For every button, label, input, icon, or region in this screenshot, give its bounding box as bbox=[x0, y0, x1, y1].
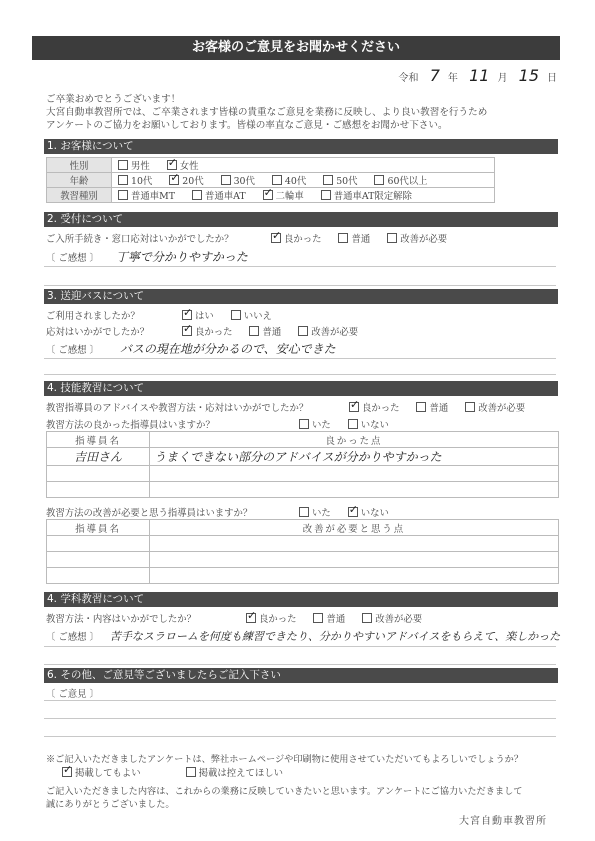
section-heading-reception: 2. 受付について bbox=[44, 212, 558, 227]
comment-input[interactable]: バスの現在地が分かるので、安心できた bbox=[120, 342, 336, 356]
classroom-comment-row: 〔 ご感想 〕 苦手なスラロームを何度も練習できたり、分かりやすいアドバイスをも… bbox=[46, 628, 560, 644]
checkbox-was[interactable]: いた bbox=[299, 417, 331, 431]
question-text: 応対はいかがでしたか？ bbox=[46, 324, 179, 338]
checkbox-good[interactable]: 良かった bbox=[182, 324, 233, 338]
writing-line bbox=[44, 718, 556, 719]
question-text: ご利用されましたか？ bbox=[46, 308, 179, 322]
checkbox-good[interactable]: 良かった bbox=[349, 400, 400, 414]
day-label: 日 bbox=[547, 73, 557, 84]
intro-text: ご卒業おめでとうございます！ 大宮自動車教習所では、ご卒業されます皆様の貴重なご… bbox=[46, 93, 487, 132]
checkbox-good[interactable]: 良かった bbox=[246, 611, 297, 625]
customer-info-table: 性別 男性 女性 年齢 10代 20代 30代 40代 50代 60代以上 教習… bbox=[46, 157, 495, 203]
comment-input[interactable]: 苦手なスラロームを何度も練習できたり、分かりやすいアドバイスをもらえて、楽しかっ… bbox=[110, 630, 560, 643]
good-points-cell[interactable] bbox=[150, 466, 559, 482]
checkbox-age-40s[interactable]: 40代 bbox=[272, 173, 306, 187]
checkbox-male[interactable]: 男性 bbox=[118, 158, 150, 172]
checkbox-needs-improvement[interactable]: 改善が必要 bbox=[298, 324, 358, 338]
writing-line bbox=[44, 736, 556, 737]
col-header-improve-points: 改善が必要と思う点 bbox=[150, 520, 559, 536]
organization-name: 大宮自動車教習所 bbox=[459, 812, 547, 827]
col-header-good-points: 良かった点 bbox=[150, 432, 559, 448]
checkbox-normal[interactable]: 普通 bbox=[416, 400, 448, 414]
year-label: 年 bbox=[448, 73, 458, 84]
checkbox-needs-improvement[interactable]: 改善が必要 bbox=[387, 231, 447, 245]
checkbox-was-not[interactable]: いない bbox=[348, 505, 389, 519]
writing-line bbox=[44, 285, 556, 286]
section-heading-other: 6. その他、ご意見等ございましたらご記入下さい bbox=[44, 668, 558, 683]
writing-line bbox=[44, 374, 556, 375]
month-value[interactable]: 11 bbox=[469, 66, 489, 85]
checkbox-at[interactable]: 普通車AT bbox=[192, 188, 246, 202]
writing-line bbox=[44, 358, 556, 359]
checkbox-was-not[interactable]: いない bbox=[348, 417, 389, 431]
instructor-name-cell[interactable] bbox=[47, 552, 150, 568]
section-heading-bus: 3. 送迎バスについて bbox=[44, 289, 558, 304]
good-points-cell[interactable]: うまくできない部分のアドバイスが分かりやすかった bbox=[150, 448, 559, 466]
practical-q1-row: 教習指導員のアドバイスや教習方法・応対はいかがでしたか？ 良かった 普通 改善が… bbox=[46, 400, 539, 414]
date-field: 令和 7年 11月 15日 bbox=[399, 66, 557, 85]
improve-points-cell[interactable] bbox=[150, 536, 559, 552]
label-gender: 性別 bbox=[47, 158, 112, 173]
checkbox-age-10s[interactable]: 10代 bbox=[118, 173, 152, 187]
checkbox-normal[interactable]: 普通 bbox=[313, 611, 345, 625]
checkbox-needs-improvement[interactable]: 改善が必要 bbox=[362, 611, 422, 625]
comment-label: 〔 ご感想 〕 bbox=[46, 253, 99, 264]
writing-line bbox=[44, 266, 556, 267]
closing-line: ご記入いただきました内容は、これからの業務に反映していきたいと思います。アンケー… bbox=[46, 785, 522, 798]
checkbox-normal[interactable]: 普通 bbox=[249, 324, 281, 338]
closing-line: 誠にありがとうございました。 bbox=[46, 798, 522, 811]
writing-line bbox=[44, 664, 556, 665]
intro-line: ご卒業おめでとうございます！ bbox=[46, 93, 487, 106]
instructor-name-cell[interactable] bbox=[47, 466, 150, 482]
checkbox-publish-ok[interactable]: 掲載してもよい bbox=[62, 765, 141, 779]
consent-question: ※ご記入いただきましたアンケートは、弊社ホームページや印刷物に使用させていただい… bbox=[46, 751, 523, 765]
checkbox-age-30s[interactable]: 30代 bbox=[221, 173, 255, 187]
checkbox-needs-improvement[interactable]: 改善が必要 bbox=[465, 400, 525, 414]
checkbox-age-20s[interactable]: 20代 bbox=[169, 173, 203, 187]
month-label: 月 bbox=[497, 73, 507, 84]
good-instructor-table: 指導員名 良かった点 吉田さん うまくできない部分のアドバイスが分かりやすかった bbox=[46, 431, 559, 498]
improve-points-cell[interactable] bbox=[150, 552, 559, 568]
form-title: お客様のご意見をお聞かせください bbox=[32, 36, 560, 60]
practical-q3-row: 教習方法の改善が必要と思う指導員はいますか？ いた いない bbox=[46, 505, 403, 519]
comment-label: 〔 ご感想 〕 bbox=[46, 632, 99, 643]
question-text: 教習指導員のアドバイスや教習方法・応対はいかがでしたか？ bbox=[46, 400, 346, 414]
improve-points-cell[interactable] bbox=[150, 568, 559, 584]
classroom-question-row: 教習方法・内容はいかがでしたか？ 良かった 普通 改善が必要 bbox=[46, 611, 436, 625]
closing-text: ご記入いただきました内容は、これからの業務に反映していきたいと思います。アンケー… bbox=[46, 785, 522, 811]
section-heading-classroom: 4. 学科教習について bbox=[44, 592, 558, 607]
writing-line bbox=[44, 700, 556, 701]
comment-input[interactable]: 丁寧で分かりやすかった bbox=[116, 250, 248, 264]
intro-line: 大宮自動車教習所では、ご卒業されます皆様の貴重なご意見を業務に反映し、より良い教… bbox=[46, 106, 487, 119]
intro-line: アンケートのご協力をお願いしております。皆様の率直なご意見・ご感想をお聞かせ下さ… bbox=[46, 119, 487, 132]
consent-options: 掲載してもよい 掲載は控えてほしい bbox=[62, 765, 297, 779]
instructor-name-cell[interactable] bbox=[47, 536, 150, 552]
checkbox-good[interactable]: 良かった bbox=[271, 231, 322, 245]
col-header-instructor: 指導員名 bbox=[47, 520, 150, 536]
good-points-cell[interactable] bbox=[150, 482, 559, 498]
section-heading-customer: 1. お客様について bbox=[44, 139, 558, 154]
comment-label: 〔 ご感想 〕 bbox=[46, 345, 99, 356]
comment-label: 〔 ご意見 〕 bbox=[46, 689, 99, 700]
other-comment-row: 〔 ご意見 〕 bbox=[46, 686, 99, 700]
label-age: 年齢 bbox=[47, 173, 112, 188]
section-heading-practical: 4. 技能教習について bbox=[44, 381, 558, 396]
question-text: 教習方法の改善が必要と思う指導員はいますか？ bbox=[46, 505, 296, 519]
checkbox-no[interactable]: いいえ bbox=[231, 308, 272, 322]
instructor-name-cell[interactable]: 吉田さん bbox=[47, 448, 150, 466]
question-text: 教習方法・内容はいかがでしたか？ bbox=[46, 611, 243, 625]
practical-q2-row: 教習方法の良かった指導員はいますか？ いた いない bbox=[46, 417, 403, 431]
improve-instructor-table: 指導員名 改善が必要と思う点 bbox=[46, 519, 559, 584]
checkbox-yes[interactable]: はい bbox=[182, 308, 214, 322]
era: 令和 bbox=[399, 73, 419, 84]
instructor-name-cell[interactable] bbox=[47, 482, 150, 498]
checkbox-motorcycle[interactable]: 二輪車 bbox=[263, 188, 304, 202]
day-value[interactable]: 15 bbox=[519, 66, 539, 85]
col-header-instructor: 指導員名 bbox=[47, 432, 150, 448]
year-value[interactable]: 7 bbox=[430, 66, 440, 85]
bus-usage-row: ご利用されましたか？ はい いいえ bbox=[46, 308, 286, 322]
checkbox-was[interactable]: いた bbox=[299, 505, 331, 519]
bus-service-row: 応対はいかがでしたか？ 良かった 普通 改善が必要 bbox=[46, 324, 372, 338]
checkbox-age-50s[interactable]: 50代 bbox=[323, 173, 357, 187]
instructor-name-cell[interactable] bbox=[47, 568, 150, 584]
question-text: 教習方法の良かった指導員はいますか？ bbox=[46, 417, 296, 431]
checkbox-age-60plus[interactable]: 60代以上 bbox=[374, 173, 427, 187]
checkbox-publish-decline[interactable]: 掲載は控えてほしい bbox=[186, 765, 283, 779]
checkbox-normal[interactable]: 普通 bbox=[338, 231, 370, 245]
writing-line bbox=[44, 646, 556, 647]
question-text: ご入所手続き・窓口応対はいかがでしたか？ bbox=[46, 231, 268, 245]
reception-comment-row: 〔 ご感想 〕 丁寧で分かりやすかった bbox=[46, 248, 248, 265]
bus-comment-row: 〔 ご感想 〕 バスの現在地が分かるので、安心できた bbox=[46, 340, 336, 357]
reception-question-row: ご入所手続き・窓口応対はいかがでしたか？ 良かった 普通 改善が必要 bbox=[46, 231, 461, 245]
checkbox-at-limit-removal[interactable]: 普通車AT限定解除 bbox=[321, 188, 412, 202]
label-course: 教習種別 bbox=[47, 188, 112, 203]
checkbox-female[interactable]: 女性 bbox=[167, 158, 199, 172]
checkbox-mt[interactable]: 普通車MT bbox=[118, 188, 175, 202]
